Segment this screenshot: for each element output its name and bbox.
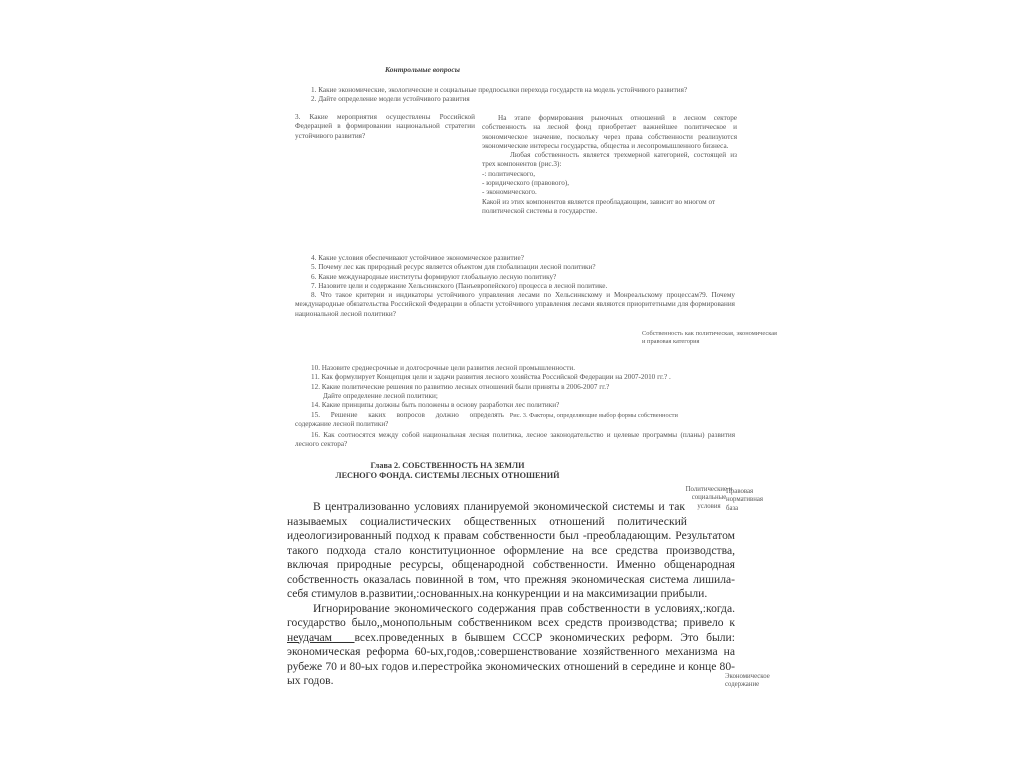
- question-13: Дайте определение лесной политики;: [295, 392, 755, 401]
- document-page: Контрольные вопросы 1. Какие экономическ…: [0, 0, 1024, 769]
- figure-3-caption: Рис. 3. Факторы, определяющие выбор форм…: [510, 412, 678, 419]
- questions-middle: 4. Какие условия обеспечивают устойчивое…: [295, 254, 735, 319]
- sidebar-paragraph-1: На этапе формирования рыночных отношений…: [482, 114, 737, 151]
- sidebar-list-item-3: - экономического.: [482, 188, 737, 197]
- question-15-end: содержание лесной политики?: [295, 420, 388, 429]
- body-paragraph-1-line-2: называемых социалистических общественных…: [287, 515, 687, 530]
- questions-lower: 10. Назовите среднесрочные и долгосрочны…: [295, 364, 755, 410]
- question-15-start: 15. Решение каких вопросов должно опреде…: [311, 411, 504, 419]
- question-11: 11. Как формулирует Концепция цели и зад…: [295, 373, 755, 382]
- questions-top: 1. Какие экономические, экологические и …: [295, 86, 735, 105]
- question-7: 7. Назовите цели и содержание Хельсинкск…: [295, 282, 735, 291]
- body-paragraph-1-line-1: В централизованно условиях планируемой э…: [287, 500, 685, 515]
- body-paragraph-2: Игнорирование экономического содержания …: [287, 602, 735, 689]
- sidebar-list-item-2: - юридического (правового),: [482, 179, 737, 188]
- body-paragraph-2-underlined: неудачам: [287, 631, 332, 644]
- body-text: В централизованно условиях планируемой э…: [287, 500, 735, 689]
- chapter-title-line-2: ЛЕСНОГО ФОНДА. СИСТЕМЫ ЛЕСНЫХ ОТНОШЕНИЙ: [300, 471, 595, 481]
- body-paragraph-1-rest: идеологизированный подход к правам собст…: [287, 529, 735, 602]
- chapter-title-line-1: Глава 2. СОБСТВЕННОСТЬ НА ЗЕМЛИ: [300, 461, 595, 471]
- diagram-label-economic: Экономическое содержание: [725, 673, 787, 690]
- question-4: 4. Какие условия обеспечивают устойчивое…: [295, 254, 735, 263]
- chapter-title: Глава 2. СОБСТВЕННОСТЬ НА ЗЕМЛИ ЛЕСНОГО …: [300, 461, 595, 481]
- question-8-9: 8. Что такое критерии и индикаторы устой…: [295, 291, 735, 319]
- question-15-line: 15. Решение каких вопросов должно опреде…: [311, 411, 751, 420]
- question-2: 2. Дайте определение модели устойчивого …: [295, 95, 735, 104]
- question-16: 16. Как соотносятся между собой национал…: [295, 431, 735, 450]
- sidebar-text-block: На этапе формирования рыночных отношений…: [482, 114, 737, 216]
- question-12: 12. Какие политические решения по развит…: [295, 383, 755, 392]
- question-1: 1. Какие экономические, экологические и …: [295, 86, 735, 95]
- body-paragraph-2-end: всех.проведенных в бывшем СССР экономиче…: [287, 631, 735, 688]
- figure-caption-block: Собственность как политическая, экономич…: [642, 330, 777, 346]
- body-paragraph-2-start: Игнорирование экономического содержания …: [287, 602, 735, 630]
- sidebar-paragraph-2: Любая собственность является трехмерной …: [482, 151, 737, 170]
- sidebar-paragraph-3: Какой из этих компонентов является преоб…: [482, 198, 737, 217]
- question-14: 14. Какие принципы должны быть положены …: [295, 401, 755, 410]
- question-3: 3. Какие мероприятия осуществлены Россий…: [295, 113, 475, 141]
- sidebar-list-item-1: -: политического,: [482, 170, 737, 179]
- question-10: 10. Назовите среднесрочные и долгосрочны…: [295, 364, 755, 373]
- question-5: 5. Почему лес как природный ресурс являе…: [295, 263, 735, 272]
- question-6: 6. Какие международные институты формиру…: [295, 273, 735, 282]
- questions-heading: Контрольные вопросы: [385, 65, 460, 74]
